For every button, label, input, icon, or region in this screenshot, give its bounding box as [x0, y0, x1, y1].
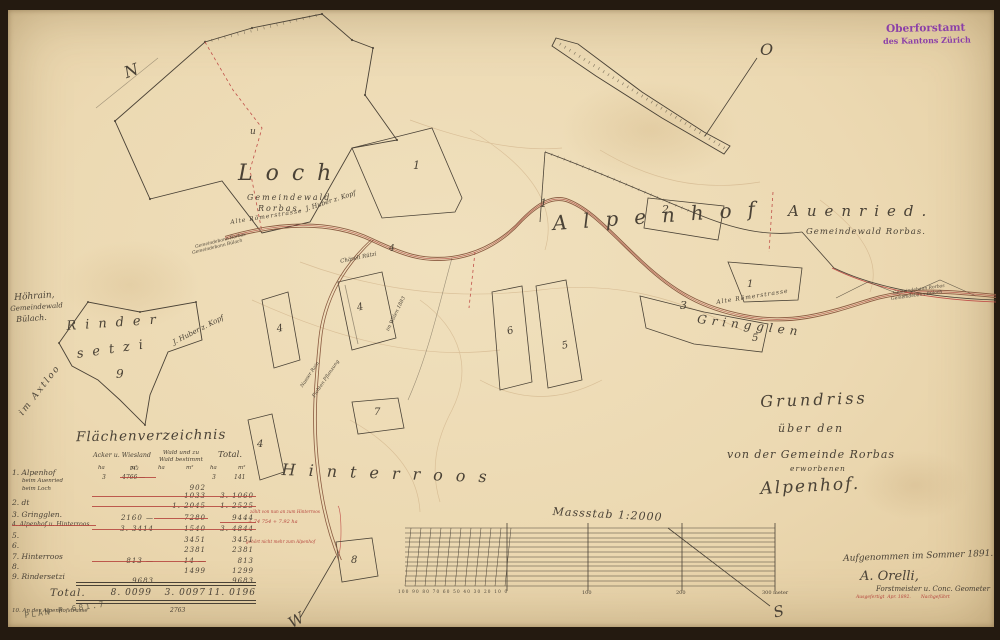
scale-tick-100: 100 — [582, 591, 592, 596]
parcel-number-1b: 1 — [540, 198, 547, 210]
title-ueber-den: über den — [778, 423, 844, 435]
row-label-1: 1. Alpenhof — [12, 468, 56, 477]
row-label-6: 6. — [12, 541, 19, 550]
total-total: 11. 0196 — [204, 588, 256, 598]
header-extra-243: 243 — [130, 467, 139, 472]
total-label: Total. — [50, 587, 86, 599]
row5-wald: 3451 — [156, 536, 206, 544]
total-rule — [76, 603, 256, 604]
parcel-number-9: 9 — [116, 368, 124, 381]
unit-wald-ha: ha — [158, 465, 165, 471]
row8-total: 1299 — [206, 567, 254, 575]
red-revision-note: Ausgefertigt Apr. 1892. Nachgeführt — [856, 596, 950, 601]
unit-wald-m2: m² — [186, 465, 193, 471]
table-footnote: 10. An der Alpenhofstrasse — [12, 608, 88, 614]
row6-wald: 2381 — [156, 546, 206, 554]
total-rule — [76, 582, 256, 583]
unit-total-m2: m² — [238, 465, 245, 471]
table-title: Flächenverzeichnis — [76, 427, 227, 446]
row-label-8: 8. — [12, 562, 19, 571]
scale-grid-numbers: 100 90 80 70 60 50 40 30 20 10 0 — [398, 590, 508, 594]
oberforstamt-stamp-line1: Oberforstamt — [886, 23, 965, 35]
title-grundriss: Grundriss — [760, 390, 868, 411]
label-auenried-sub: Gemeindewald Rorbas. — [806, 228, 926, 237]
unit-acker-ha: ha — [98, 465, 105, 471]
row5-total: 3451 — [206, 536, 254, 544]
header-extra-black3: 3 — [102, 474, 106, 481]
oberforstamt-stamp-line2: des Kantons Zürich — [883, 35, 971, 45]
parcel-number-5b: 5 — [752, 334, 758, 345]
header-extra-141: 141 — [234, 474, 245, 481]
row-label-9: 9. Rindersetzi — [12, 572, 65, 581]
scale-tick-300: 300 meter — [762, 591, 788, 596]
red-underline-9444 — [220, 522, 256, 523]
total-wald: 3. 0097 — [154, 588, 206, 598]
row-label-3: 3. Gringglen. — [12, 510, 62, 519]
row-label-2: 2. dt — [12, 498, 29, 507]
red-strike — [92, 496, 256, 497]
parcel-number-7: 7 — [374, 408, 380, 419]
scale-bar — [405, 523, 775, 591]
red-strike — [92, 561, 206, 562]
row-label-7: 7. Hinterroos — [12, 552, 63, 561]
parcel-number-4a: 4 — [389, 245, 395, 254]
table-footnote-red: 2763 — [170, 607, 185, 614]
scale-tick-200: 200 — [676, 591, 686, 596]
row8-wald: 1499 — [156, 567, 206, 575]
title-gemeinde-rorbas: von der Gemeinde Rorbas — [727, 449, 895, 461]
total-rule — [76, 600, 256, 601]
label-u-mark: u — [250, 128, 256, 137]
row7-total: 813 — [206, 557, 254, 565]
table-col-wald-2: Wald bestimmt — [154, 457, 208, 463]
road-branch-south — [314, 240, 452, 560]
row-label-1a: beim Auenried — [22, 478, 63, 484]
parcel-number-8: 8 — [351, 556, 357, 567]
title-erworbenen: erworbenen — [790, 465, 846, 473]
total-rule — [76, 585, 256, 586]
compass-east: O — [760, 42, 773, 59]
scanned-map-photo: { "stamp": {"line1": "Oberforstamt", "li… — [0, 0, 1000, 640]
row3-total: 9444 — [206, 514, 254, 522]
table-col-total: Total. — [206, 450, 254, 460]
total-acker: 8. 0099 — [92, 588, 152, 598]
inset-strip-outline — [552, 38, 730, 154]
surveyor-title: Forstmeister u. Conc. Geometer — [876, 586, 990, 593]
table-col-wald-1: Wald und zu — [154, 450, 208, 456]
red-strike — [92, 506, 256, 507]
row9-total: 9683 — [206, 577, 254, 585]
parcel-number-2: 2 — [662, 204, 669, 216]
red-strike — [154, 518, 208, 519]
label-auenried: Auenried. — [788, 204, 934, 220]
table-col-acker: Acker u. Wiesland — [90, 452, 154, 459]
parcel-number-3: 3 — [680, 300, 687, 312]
unit-total-ha: ha — [210, 465, 217, 471]
row6-total: 2381 — [206, 546, 254, 554]
label-loch: Loch — [238, 162, 344, 185]
parcel-number-1a: 1 — [413, 160, 420, 172]
row-label-1b: beim Loch — [22, 486, 51, 492]
parcel-number-1c: 1 — [747, 280, 753, 291]
row-label-5: 5. — [12, 531, 19, 540]
red-strike — [92, 529, 256, 530]
surveyor-name: A. Orelli, — [860, 570, 919, 584]
row9-acker: 9683 — [96, 577, 154, 585]
row3-acker: 2160 — — [96, 514, 154, 522]
red-strike — [120, 477, 156, 478]
red-strike — [12, 525, 96, 526]
header-extra-t3: 3 — [212, 474, 216, 481]
area-table: Flächenverzeichnis Acker u. Wiesland Wal… — [8, 428, 264, 628]
row0-wald: 902 — [156, 484, 206, 492]
